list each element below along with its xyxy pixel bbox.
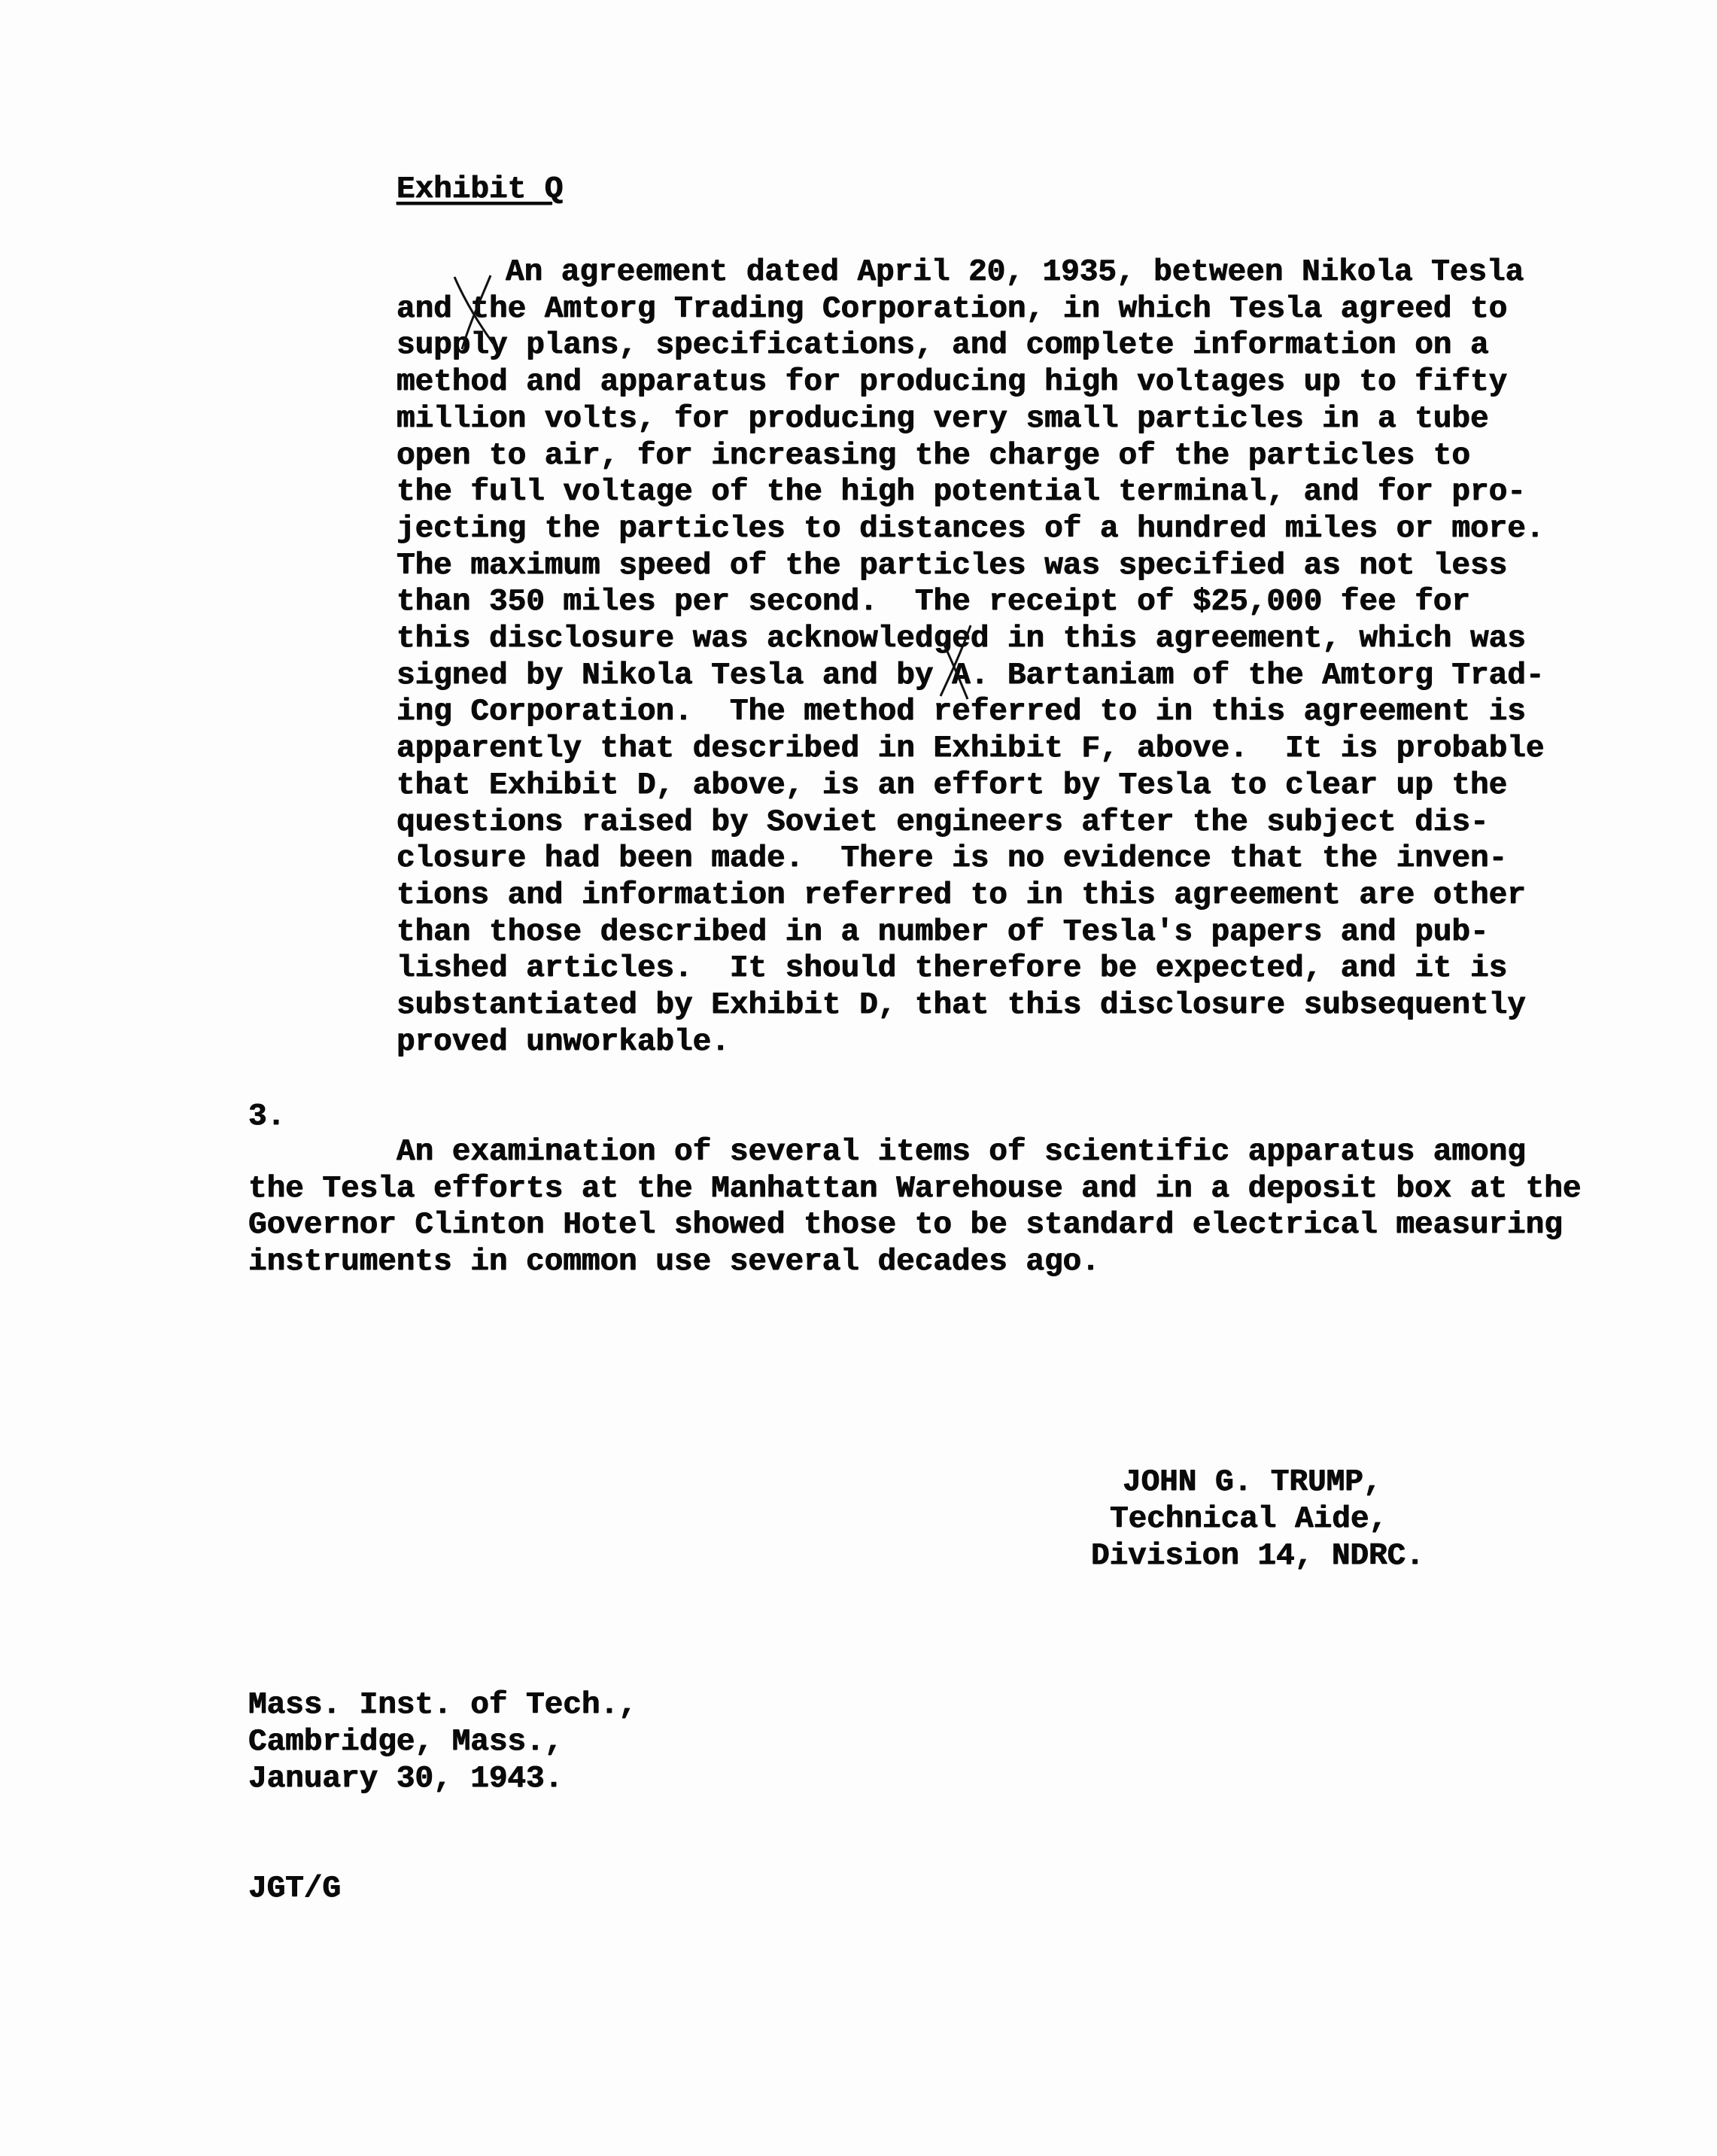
- text-line: that Exhibit D, above, is an effort by T…: [397, 771, 1507, 801]
- text-line: the Tesla efforts at the Manhattan Wareh…: [248, 1174, 1582, 1205]
- text-line: An agreement dated April 20, 1935, betwe…: [506, 257, 1524, 288]
- handwritten-x-mark-2: [933, 621, 978, 704]
- text-line: method and apparatus for producing high …: [397, 367, 1507, 398]
- text-line: supply plans, specifications, and comple…: [397, 330, 1489, 361]
- text-line: questions raised by Soviet engineers aft…: [397, 807, 1489, 838]
- text-line: Governor Clinton Hotel showed those to b…: [248, 1210, 1563, 1241]
- text-line: lished articles. It should therefore be …: [397, 953, 1507, 984]
- text-line: substantiated by Exhibit D, that this di…: [397, 990, 1526, 1021]
- text-line: instruments in common use several decade…: [248, 1247, 1100, 1278]
- text-line: Cambridge, Mass.,: [248, 1727, 563, 1758]
- text-line: tions and information referred to in thi…: [397, 880, 1526, 911]
- text-line: apparently that described in Exhibit F, …: [397, 734, 1544, 765]
- text-line: January 30, 1943.: [248, 1764, 563, 1795]
- text-line: JOHN G. TRUMP,: [1123, 1467, 1381, 1498]
- text-line: The maximum speed of the particles was s…: [397, 551, 1507, 582]
- text-line: An examination of several items of scien…: [397, 1137, 1526, 1168]
- text-line: jecting the particles to distances of a …: [397, 514, 1544, 545]
- text-line: the full voltage of the high potential t…: [397, 477, 1526, 508]
- text-line: and the Amtorg Trading Corporation, in w…: [397, 294, 1507, 325]
- text-line: million volts, for producing very small …: [397, 404, 1489, 435]
- section-number: 3.: [248, 1102, 285, 1133]
- text-line: Mass. Inst. of Tech.,: [248, 1690, 637, 1721]
- exhibit-title: Exhibit Q: [397, 175, 563, 205]
- text-line: Division 14, NDRC.: [1091, 1541, 1424, 1572]
- text-line: than those described in a number of Tesl…: [397, 917, 1489, 948]
- reference-initials: JGT/G: [248, 1874, 341, 1905]
- text-line: proved unworkable.: [397, 1027, 730, 1058]
- handwritten-x-mark-1: [448, 271, 501, 354]
- text-line: closure had been made. There is no evide…: [397, 844, 1507, 874]
- text-line: open to air, for increasing the charge o…: [397, 441, 1470, 472]
- document-page: Exhibit Q An agreement dated April 20, 1…: [0, 0, 1717, 2156]
- text-line: Technical Aide,: [1110, 1504, 1387, 1535]
- text-line: than 350 miles per second. The receipt o…: [397, 587, 1470, 618]
